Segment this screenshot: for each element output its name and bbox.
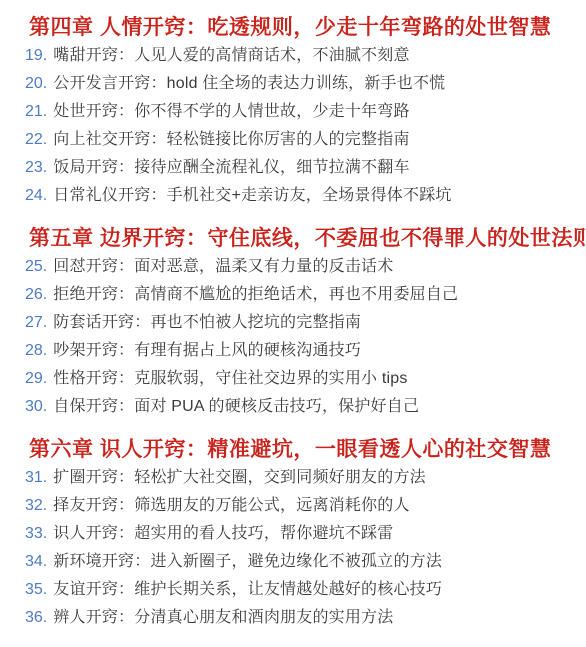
toc-item-number: 34. xyxy=(25,548,47,576)
toc-item-text: 自保开窍：面对 PUA 的硬核反击技巧，保护好自己 xyxy=(53,393,419,421)
toc-item: 29.性格开窍：克服软弱，守住社交边界的实用小 tips xyxy=(0,365,586,393)
toc-item-text: 友谊开窍：维护长期关系，让友情越处越好的核心技巧 xyxy=(53,576,442,604)
toc-item-text: 处世开窍：你不得不学的人情世故，少走十年弯路 xyxy=(53,98,409,126)
toc-item-number: 20. xyxy=(25,70,47,98)
toc-item-number: 27. xyxy=(25,309,47,337)
toc-item-text: 识人开窍：超实用的看人技巧，帮你避坑不踩雷 xyxy=(53,520,393,548)
toc-item: 35.友谊开窍：维护长期关系，让友情越处越好的核心技巧 xyxy=(0,576,586,604)
toc-item-number: 28. xyxy=(25,337,47,365)
toc-item: 36.辨人开窍：分清真心朋友和酒肉朋友的实用方法 xyxy=(0,604,586,632)
toc-item-number: 29. xyxy=(25,365,47,393)
toc-item-number: 21. xyxy=(25,98,47,126)
chapter-section: 第五章 边界开窍：守住底线，不委屈也不得罪人的处世法则25.回怼开窍：面对恶意，… xyxy=(0,225,586,421)
toc-item-text: 拒绝开窍：高情商不尴尬的拒绝话术，再也不用委屈自己 xyxy=(53,281,458,309)
toc-item: 21.处世开窍：你不得不学的人情世故，少走十年弯路 xyxy=(0,98,586,126)
toc-item-number: 19. xyxy=(25,42,47,70)
chapter-title: 第四章 人情开窍：吃透规则，少走十年弯路的处世智慧 xyxy=(0,14,586,42)
toc-item: 19.嘴甜开窍：人见人爱的高情商话术，不油腻不刻意 xyxy=(0,42,586,70)
toc-item: 34.新环境开窍：进入新圈子，避免边缘化不被孤立的方法 xyxy=(0,548,586,576)
toc-item-number: 31. xyxy=(25,464,47,492)
toc-page: 第四章 人情开窍：吃透规则，少走十年弯路的处世智慧19.嘴甜开窍：人见人爱的高情… xyxy=(0,0,586,632)
chapter-title: 第六章 识人开窍：精准避坑，一眼看透人心的社交智慧 xyxy=(0,436,586,464)
toc-item-text: 辨人开窍：分清真心朋友和酒肉朋友的实用方法 xyxy=(53,604,393,632)
toc-item-text: 新环境开窍：进入新圈子，避免边缘化不被孤立的方法 xyxy=(53,548,442,576)
toc-item-number: 25. xyxy=(25,253,47,281)
toc-item-text: 向上社交开窍：轻松链接比你厉害的人的完整指南 xyxy=(53,126,409,154)
toc-item-text: 吵架开窍：有理有据占上风的硬核沟通技巧 xyxy=(53,337,361,365)
toc-item-number: 22. xyxy=(25,126,47,154)
toc-item-text: 扩圈开窍：轻松扩大社交圈，交到同频好朋友的方法 xyxy=(53,464,426,492)
chapter-section: 第六章 识人开窍：精准避坑，一眼看透人心的社交智慧31.扩圈开窍：轻松扩大社交圈… xyxy=(0,436,586,632)
toc-item: 22.向上社交开窍：轻松链接比你厉害的人的完整指南 xyxy=(0,126,586,154)
toc-item-text: 日常礼仪开窍：手机社交+走亲访友，全场景得体不踩坑 xyxy=(53,182,451,210)
chapter-title: 第五章 边界开窍：守住底线，不委屈也不得罪人的处世法则 xyxy=(0,225,586,253)
toc-item-text: 公开发言开窍：hold 住全场的表达力训练，新手也不慌 xyxy=(53,70,445,98)
toc-item: 27.防套话开窍：再也不怕被人挖坑的完整指南 xyxy=(0,309,586,337)
toc-item: 30.自保开窍：面对 PUA 的硬核反击技巧，保护好自己 xyxy=(0,393,586,421)
toc-item-text: 防套话开窍：再也不怕被人挖坑的完整指南 xyxy=(53,309,361,337)
toc-item: 32.择友开窍：筛选朋友的万能公式，远离消耗你的人 xyxy=(0,492,586,520)
toc-item-number: 32. xyxy=(25,492,47,520)
toc-item-text: 回怼开窍：面对恶意，温柔又有力量的反击话术 xyxy=(53,253,393,281)
toc-item-number: 30. xyxy=(25,393,47,421)
toc-item-number: 23. xyxy=(25,154,47,182)
toc-item: 20.公开发言开窍：hold 住全场的表达力训练，新手也不慌 xyxy=(0,70,586,98)
toc-item-number: 26. xyxy=(25,281,47,309)
chapter-section: 第四章 人情开窍：吃透规则，少走十年弯路的处世智慧19.嘴甜开窍：人见人爱的高情… xyxy=(0,14,586,210)
toc-item: 25.回怼开窍：面对恶意，温柔又有力量的反击话术 xyxy=(0,253,586,281)
toc-item-text: 饭局开窍：接待应酬全流程礼仪，细节拉满不翻车 xyxy=(53,154,409,182)
toc-item-number: 24. xyxy=(25,182,47,210)
toc-item-text: 性格开窍：克服软弱，守住社交边界的实用小 tips xyxy=(53,365,407,393)
toc-item-text: 嘴甜开窍：人见人爱的高情商话术，不油腻不刻意 xyxy=(53,42,409,70)
toc-item-number: 36. xyxy=(25,604,47,632)
toc-item: 24.日常礼仪开窍：手机社交+走亲访友，全场景得体不踩坑 xyxy=(0,182,586,210)
toc-item-text: 择友开窍：筛选朋友的万能公式，远离消耗你的人 xyxy=(53,492,409,520)
toc-item: 26.拒绝开窍：高情商不尴尬的拒绝话术，再也不用委屈自己 xyxy=(0,281,586,309)
toc-item-number: 35. xyxy=(25,576,47,604)
toc-item: 33.识人开窍：超实用的看人技巧，帮你避坑不踩雷 xyxy=(0,520,586,548)
toc-item-number: 33. xyxy=(25,520,47,548)
toc-item: 31.扩圈开窍：轻松扩大社交圈，交到同频好朋友的方法 xyxy=(0,464,586,492)
toc-item: 28.吵架开窍：有理有据占上风的硬核沟通技巧 xyxy=(0,337,586,365)
toc-item: 23.饭局开窍：接待应酬全流程礼仪，细节拉满不翻车 xyxy=(0,154,586,182)
